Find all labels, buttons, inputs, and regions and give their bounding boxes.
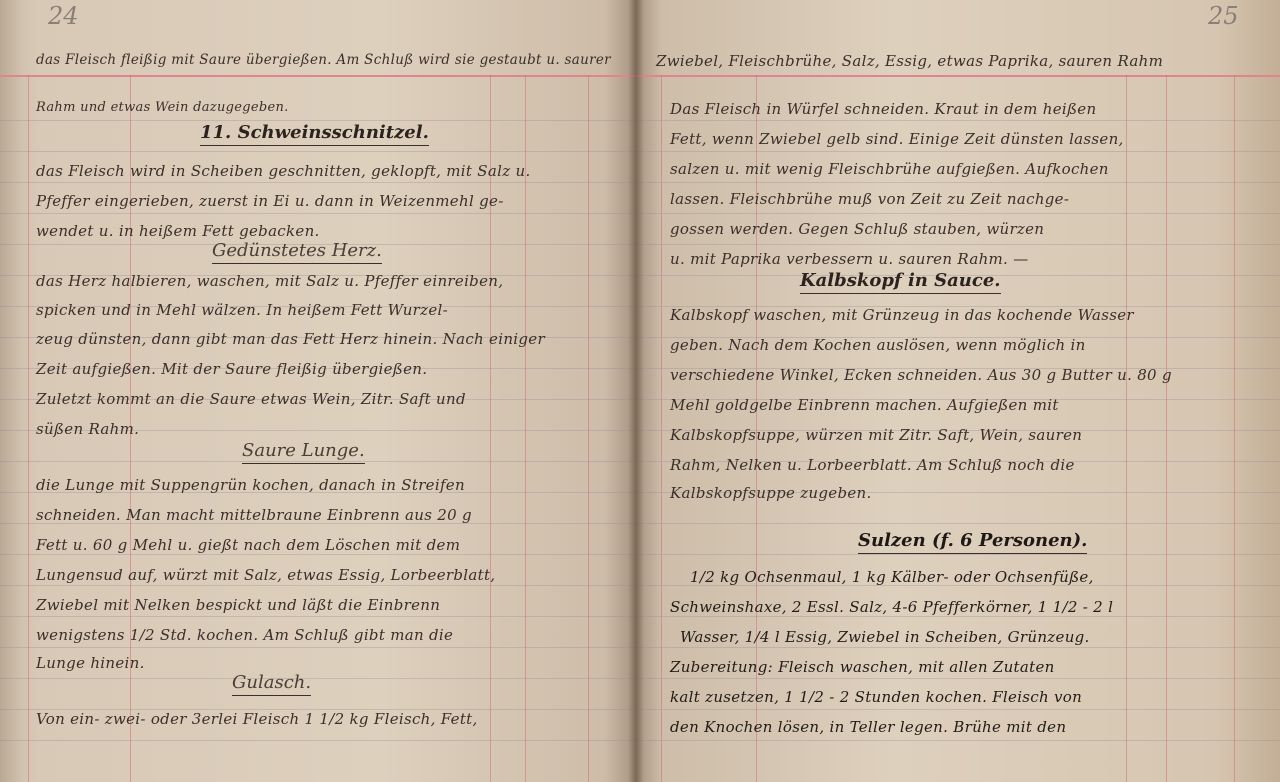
handwritten-line: kalt zusetzen, 1 1/2 - 2 Stunden kochen.… <box>670 688 1082 706</box>
right-page: 25 Zwiebel, Fleischbrühe, Salz, Essig, e… <box>636 0 1280 782</box>
handwritten-line: zeug dünsten, dann gibt man das Fett Her… <box>36 330 545 348</box>
handwritten-line: spicken und in Mehl wälzen. In heißem Fe… <box>36 301 448 319</box>
handwritten-line: Lungensud auf, würzt mit Salz, etwas Ess… <box>36 566 495 584</box>
handwritten-line: Kalbskopfsuppe, würzen mit Zitr. Saft, W… <box>670 426 1082 444</box>
handwritten-line: Rahm und etwas Wein dazugegeben. <box>36 100 289 115</box>
handwritten-line: wendet u. in heißem Fett gebacken. <box>36 222 320 240</box>
recipe-title: Gulasch. <box>232 672 311 696</box>
handwritten-line: Zwiebel mit Nelken bespickt und läßt die… <box>36 596 440 614</box>
left-page: 24 das Fleisch fleißig mit Saure übergie… <box>0 0 636 782</box>
handwritten-line: Kalbskopf waschen, mit Grünzeug in das k… <box>670 306 1134 324</box>
handwritten-line: die Lunge mit Suppengrün kochen, danach … <box>36 476 465 494</box>
handwritten-line: 1/2 kg Ochsenmaul, 1 kg Kälber- oder Och… <box>690 568 1094 586</box>
handwritten-line: Zubereitung: Fleisch waschen, mit allen … <box>670 658 1055 676</box>
handwritten-line: Lunge hinein. <box>36 654 145 672</box>
recipe-title: 11. Schweinsschnitzel. <box>200 122 429 146</box>
handwritten-line: das Fleisch fleißig mit Saure übergießen… <box>36 52 611 68</box>
handwritten-line: Schweinshaxe, 2 Essl. Salz, 4-6 Pfefferk… <box>670 598 1113 616</box>
handwritten-line: u. mit Paprika verbessern u. sauren Rahm… <box>670 250 1029 268</box>
page-number: 24 <box>48 2 79 30</box>
handwritten-line: verschiedene Winkel, Ecken schneiden. Au… <box>670 366 1172 384</box>
handwritten-line: Von ein- zwei- oder 3erlei Fleisch 1 1/2… <box>36 710 478 728</box>
recipe-title: Saure Lunge. <box>242 440 365 464</box>
top-red-rule <box>636 75 1280 77</box>
top-red-rule <box>0 75 636 77</box>
handwritten-line: Fett u. 60 g Mehl u. gießt nach dem Lösc… <box>36 536 460 554</box>
handwritten-line: Kalbskopfsuppe zugeben. <box>670 484 872 502</box>
page-number: 25 <box>1208 2 1239 30</box>
book-gutter <box>628 0 644 782</box>
notebook-spread: 24 das Fleisch fleißig mit Saure übergie… <box>0 0 1280 782</box>
handwritten-line: wenigstens 1/2 Std. kochen. Am Schluß gi… <box>36 626 453 644</box>
handwritten-line: gossen werden. Gegen Schluß stauben, wür… <box>670 220 1044 238</box>
handwritten-line: Rahm, Nelken u. Lorbeerblatt. Am Schluß … <box>670 456 1075 474</box>
recipe-title: Kalbskopf in Sauce. <box>800 270 1001 294</box>
handwritten-line: Mehl goldgelbe Einbrenn machen. Aufgieße… <box>670 396 1059 414</box>
handwritten-line: Das Fleisch in Würfel schneiden. Kraut i… <box>670 100 1096 118</box>
recipe-title: Gedünstetes Herz. <box>212 240 382 264</box>
handwritten-line: süßen Rahm. <box>36 420 139 438</box>
page-edge <box>0 0 24 782</box>
handwritten-line: Zwiebel, Fleischbrühe, Salz, Essig, etwa… <box>656 52 1163 70</box>
handwritten-line: salzen u. mit wenig Fleischbrühe aufgieß… <box>670 160 1109 178</box>
handwritten-line: Wasser, 1/4 l Essig, Zwiebel in Scheiben… <box>680 628 1090 646</box>
handwritten-line: das Fleisch wird in Scheiben geschnitten… <box>36 162 531 180</box>
handwritten-line: den Knochen lösen, in Teller legen. Brüh… <box>670 718 1066 736</box>
handwritten-line: Pfeffer eingerieben, zuerst in Ei u. dan… <box>36 192 504 210</box>
handwritten-line: Zeit aufgießen. Mit der Saure fleißig üb… <box>36 360 427 378</box>
handwritten-line: das Herz halbieren, waschen, mit Salz u.… <box>36 272 503 290</box>
handwritten-line: lassen. Fleischbrühe muß von Zeit zu Zei… <box>670 190 1069 208</box>
recipe-title: Sulzen (f. 6 Personen). <box>858 530 1087 554</box>
handwritten-line: Zuletzt kommt an die Saure etwas Wein, Z… <box>36 390 466 408</box>
handwritten-line: geben. Nach dem Kochen auslösen, wenn mö… <box>670 336 1086 354</box>
handwritten-line: Fett, wenn Zwiebel gelb sind. Einige Zei… <box>670 130 1124 148</box>
handwritten-line: schneiden. Man macht mittelbraune Einbre… <box>36 506 472 524</box>
